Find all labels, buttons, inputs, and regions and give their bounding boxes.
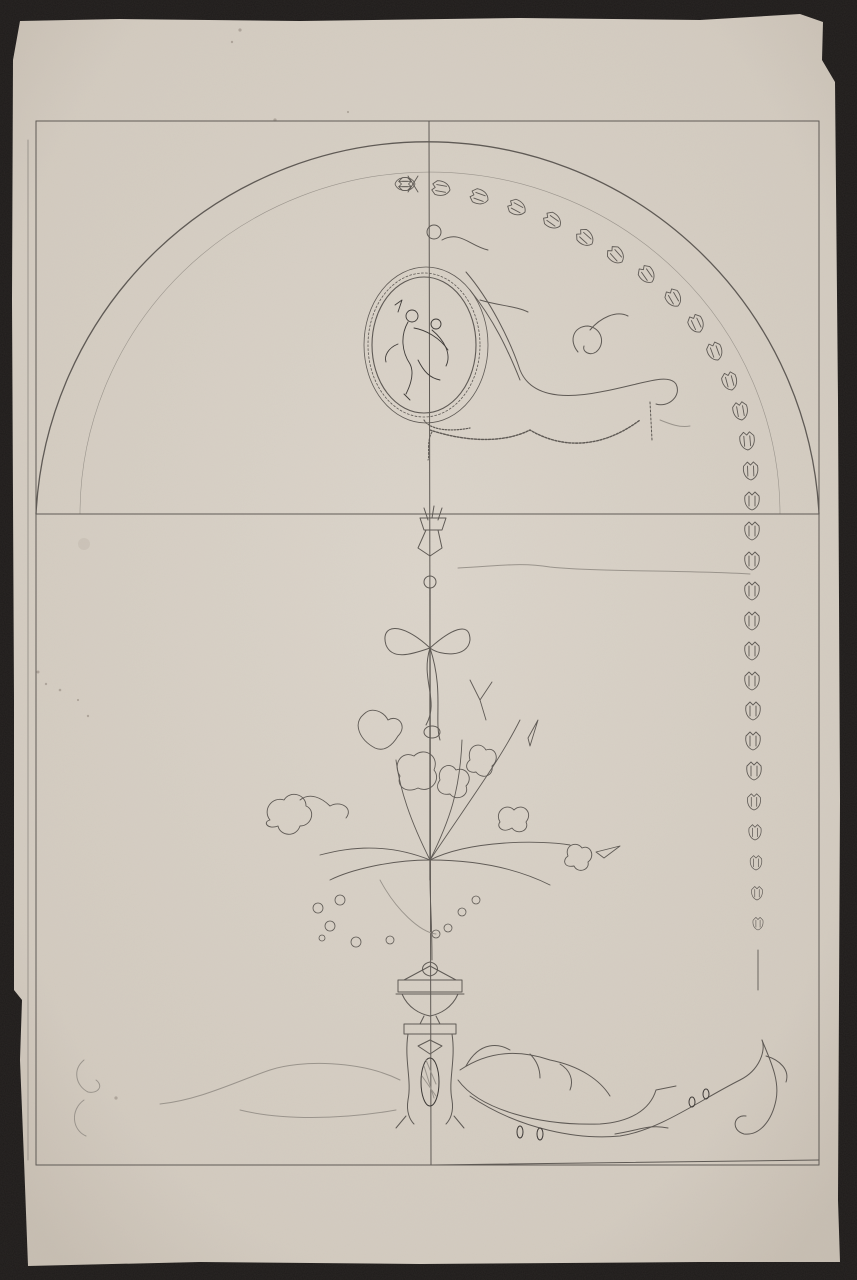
scanned-drawing	[0, 0, 857, 1280]
paper-sheet	[0, 0, 857, 1280]
drawing-canvas	[0, 0, 857, 1280]
